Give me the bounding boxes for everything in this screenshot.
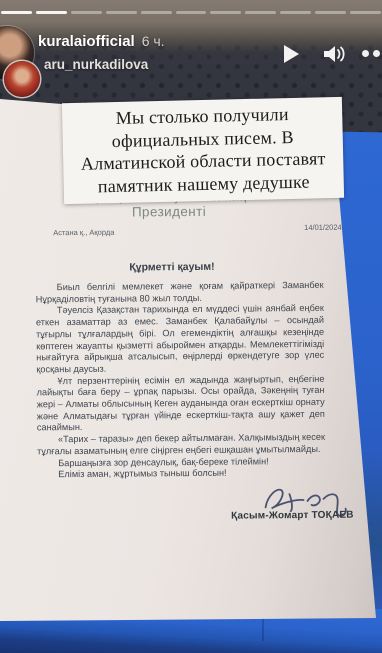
shared-account-name[interactable]: aru_nurkadilova xyxy=(44,57,148,72)
username-row[interactable]: kuralaiofficial6 ч. xyxy=(38,33,165,51)
letter-paragraph: Биыл белгілі мемлекет және қоғам қайратк… xyxy=(36,280,324,306)
caption-overlay: Мы столько получили официальных писем. В… xyxy=(62,97,344,204)
letter-paragraph: Ұлт перзенттерінің есімін ел жадында жаң… xyxy=(36,373,324,434)
signer-name: Қасым-Жомарт ТОҚАЕВ xyxy=(170,510,354,523)
volume-icon[interactable] xyxy=(322,43,346,68)
letter-date: 14/01/2024 xyxy=(304,223,342,232)
shared-account-avatar[interactable] xyxy=(4,61,40,97)
more-options-icon[interactable] xyxy=(362,50,382,57)
letter-paragraph: «Тарих – таразы» деп бекер айтылмаған. Х… xyxy=(37,432,325,458)
story-time: 6 ч. xyxy=(142,33,165,49)
letter-salutation: Құрметті қауым! xyxy=(0,260,345,275)
letterhead-line2: Президенті xyxy=(0,203,339,221)
play-icon[interactable] xyxy=(281,43,301,68)
username[interactable]: kuralaiofficial xyxy=(38,33,135,50)
story-header: kuralaiofficial6 ч. aru_nurkadilova xyxy=(0,0,382,95)
letter-place: Астана қ., Ақорда xyxy=(53,228,114,238)
story-viewer: Қазақстан Республикасының Президенті Аст… xyxy=(0,0,382,653)
dot xyxy=(362,50,369,57)
letter-paragraph: Еліміз аман, жұртымыз тыныш болсын! xyxy=(37,467,325,481)
letter-body: Биыл белгілі мемлекет және қоғам қайратк… xyxy=(36,280,326,481)
letter-paragraph: Тәуелсіз Қазақстан тарихында ел мүддесі … xyxy=(36,303,325,376)
dot xyxy=(373,50,380,57)
